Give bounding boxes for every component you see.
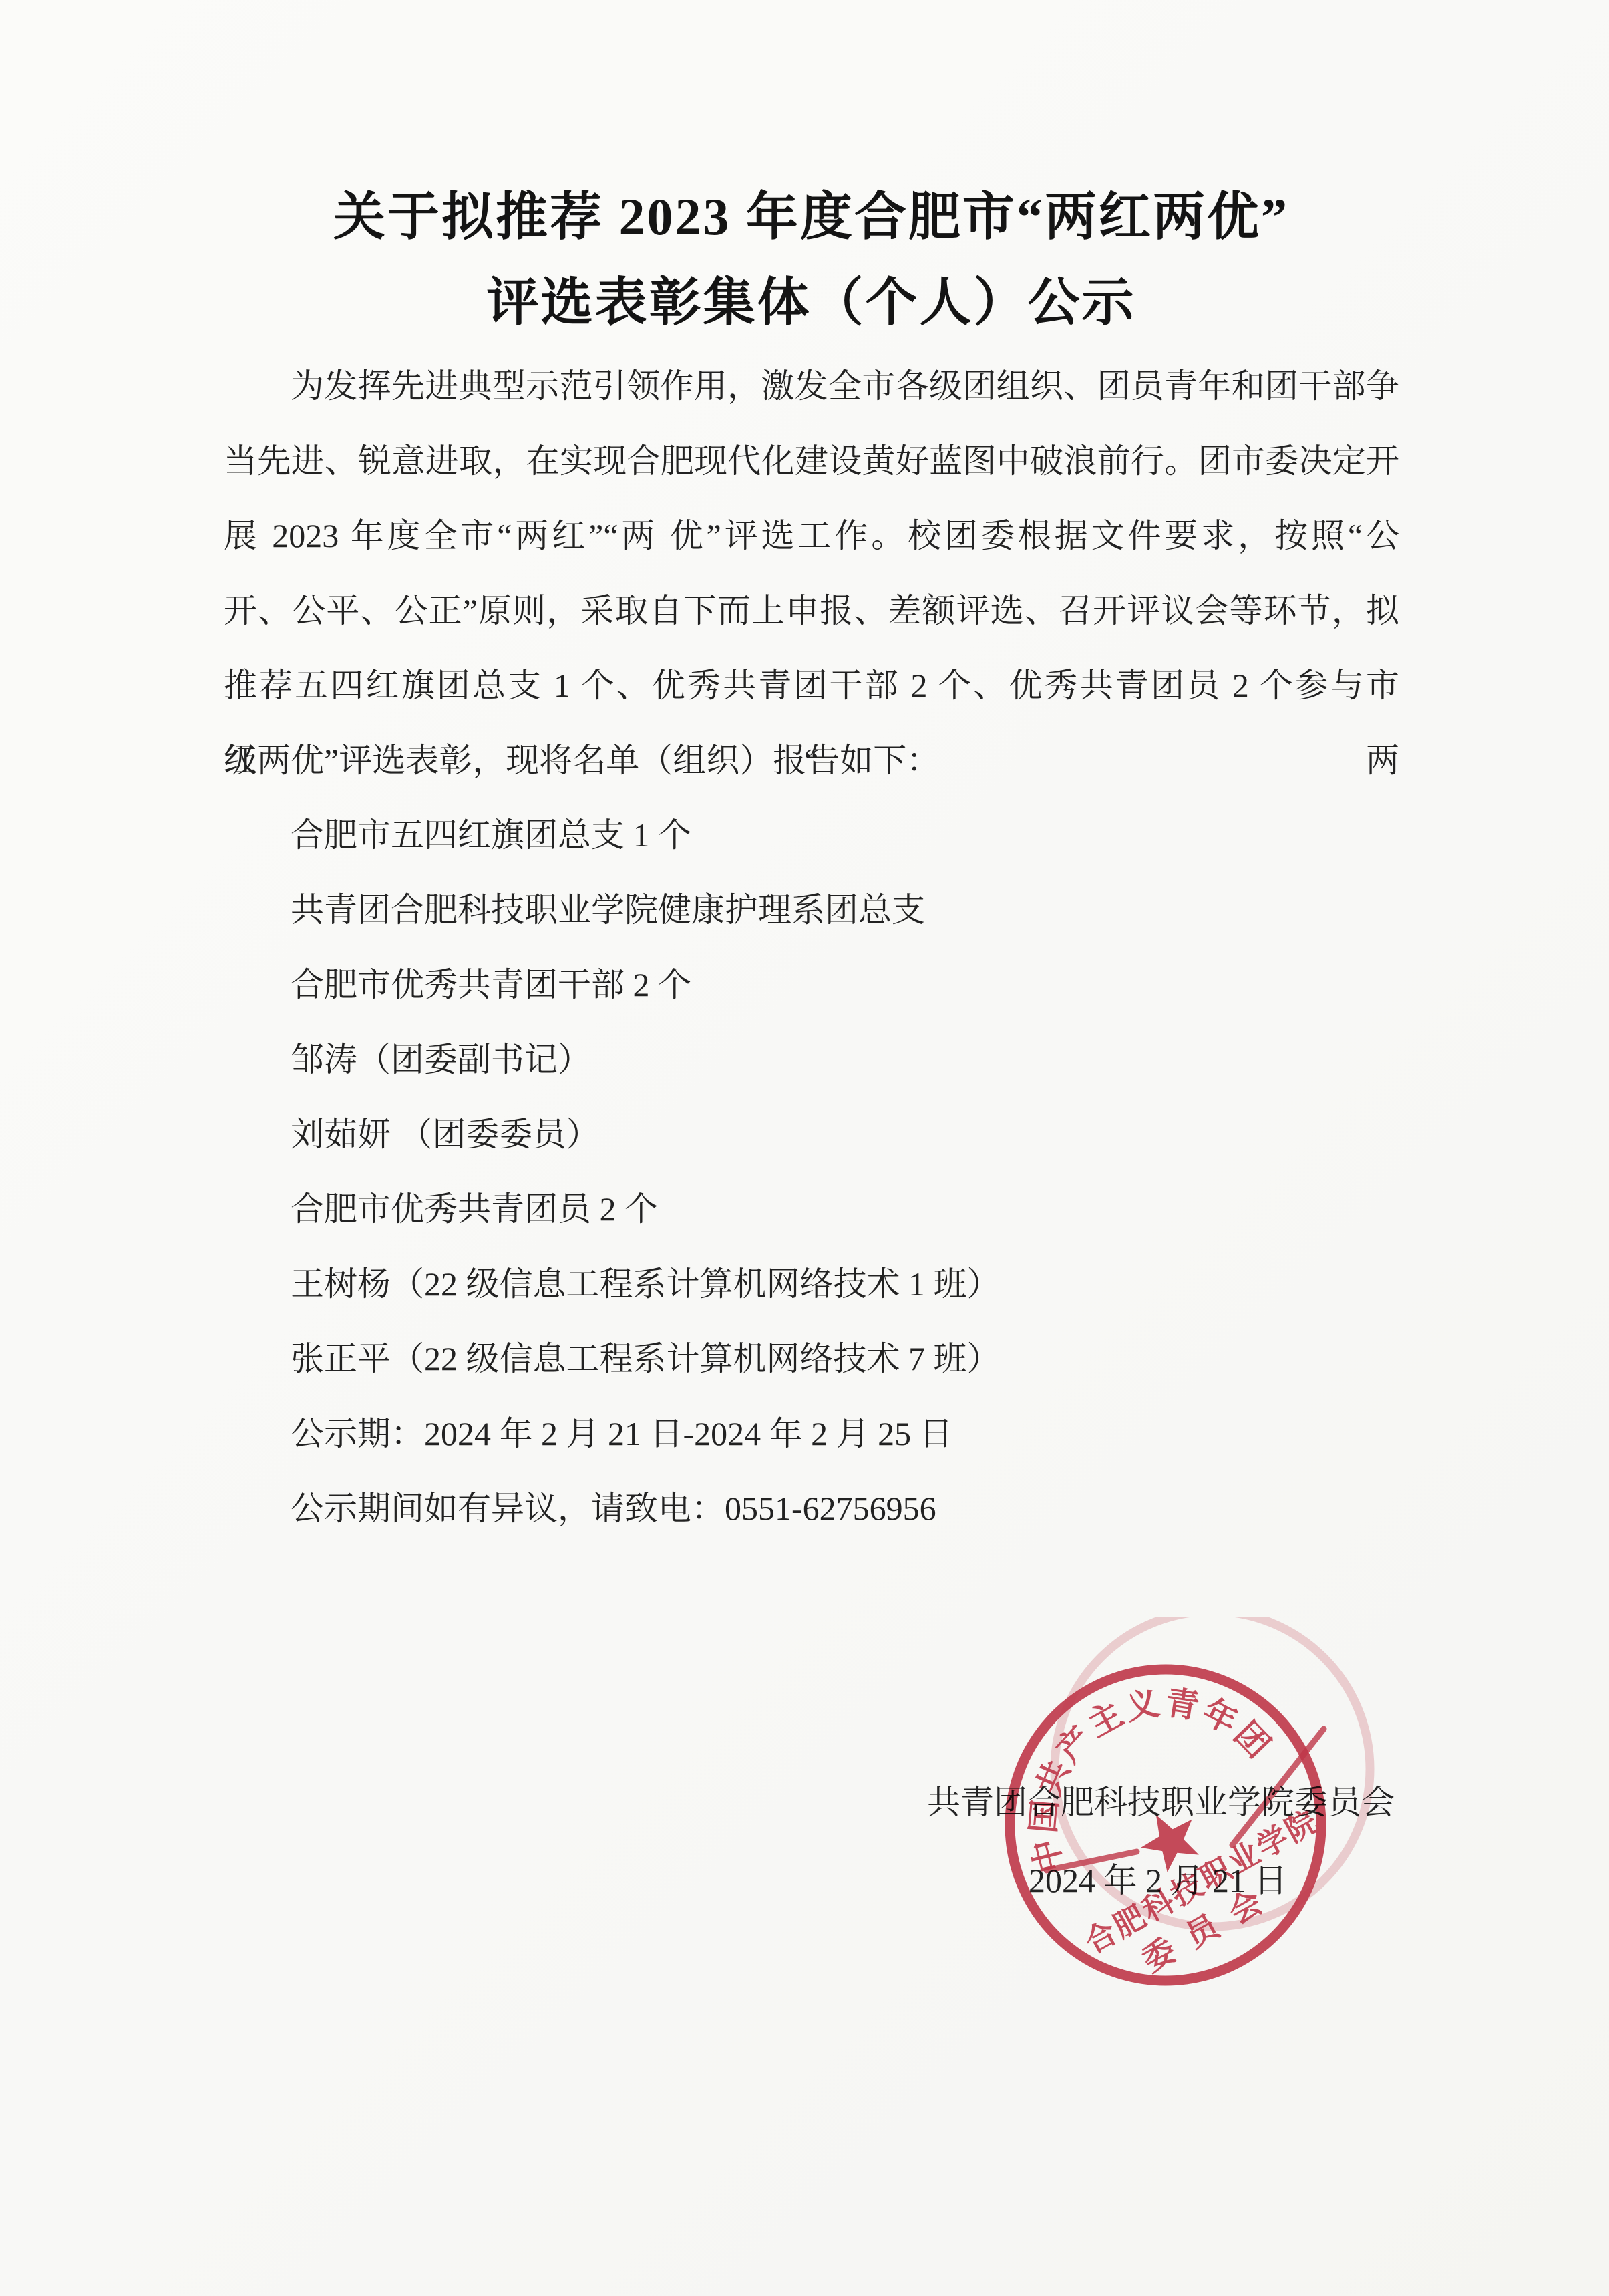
scanned-notice-page: 关于拟推荐 2023 年度合肥市“两红两优” 评选表彰集体（个人）公示 为发挥先… [0,0,1609,2296]
list-item-person: 王树杨（22 级信息工程系计算机网络技术 1 班） [224,1247,1399,1321]
list-item-organization: 共青团合肥科技职业学院健康护理系团总支 [224,872,1399,947]
document-title-line2: 评选表彰集体（个人）公示 [7,261,1609,335]
seal-arc-label: 中国共产主义青年团 [975,1635,1284,1885]
contact-phone-line: 公示期间如有异议，请致电：0551-62756956 [224,1471,1399,1546]
signature-organization: 共青团合肥科技职业学院委员会 [927,1782,1395,1822]
paragraph-line: 为发挥先进典型示范引领作用，激发全市各级团组织、团员青年和团干部争 [224,349,1399,424]
signature-date: 2024 年 2 月 21 日 [1029,1860,1288,1901]
list-item-person: 邹涛（团委副书记） [224,1022,1399,1097]
paragraph-line: 推荐五四红旗团总支 1 个、优秀共青团干部 2 个、优秀共青团员 2 个参与市级… [224,648,1399,723]
list-item-person: 张正平（22 级信息工程系计算机网络技术 7 班） [224,1321,1399,1396]
seal-outer-ring [955,1617,1377,2037]
list-item-honor-category: 合肥市五四红旗团总支 1 个 [224,798,1399,872]
list-item-honor-category: 合肥市优秀共青团员 2 个 [224,1172,1399,1247]
paragraph-line: 当先进、锐意进取，在实现合肥现代化建设黄好蓝图中破浪前行。团市委决定开 [224,424,1399,498]
official-red-seal: 中国共产主义青年团 合肥科技职业学院 委员会 [955,1617,1396,2044]
seal-main-group: 中国共产主义青年团 合肥科技职业学院 委员会 [955,1617,1377,2037]
document-body: 为发挥先进典型示范引领作用，激发全市各级团组织、团员青年和团干部争 当先进、锐意… [224,349,1399,1546]
list-item-honor-category: 合肥市优秀共青团干部 2 个 [224,947,1399,1022]
paragraph-line: 展 2023 年度全市“两红”“两 优”评选工作。校团委根据文件要求，按照“公 [224,498,1399,573]
paragraph-line: 开、公平、公正”原则，采取自下而上申报、差额评选、召开评议会等环节，拟 [224,573,1399,648]
publicity-period: 公示期：2024 年 2 月 21 日-2024 年 2 月 25 日 [224,1396,1399,1471]
list-item-person: 刘茹妍 （团委委员） [224,1097,1399,1172]
document-title-line1: 关于拟推荐 2023 年度合肥市“两红两优” [7,175,1609,250]
